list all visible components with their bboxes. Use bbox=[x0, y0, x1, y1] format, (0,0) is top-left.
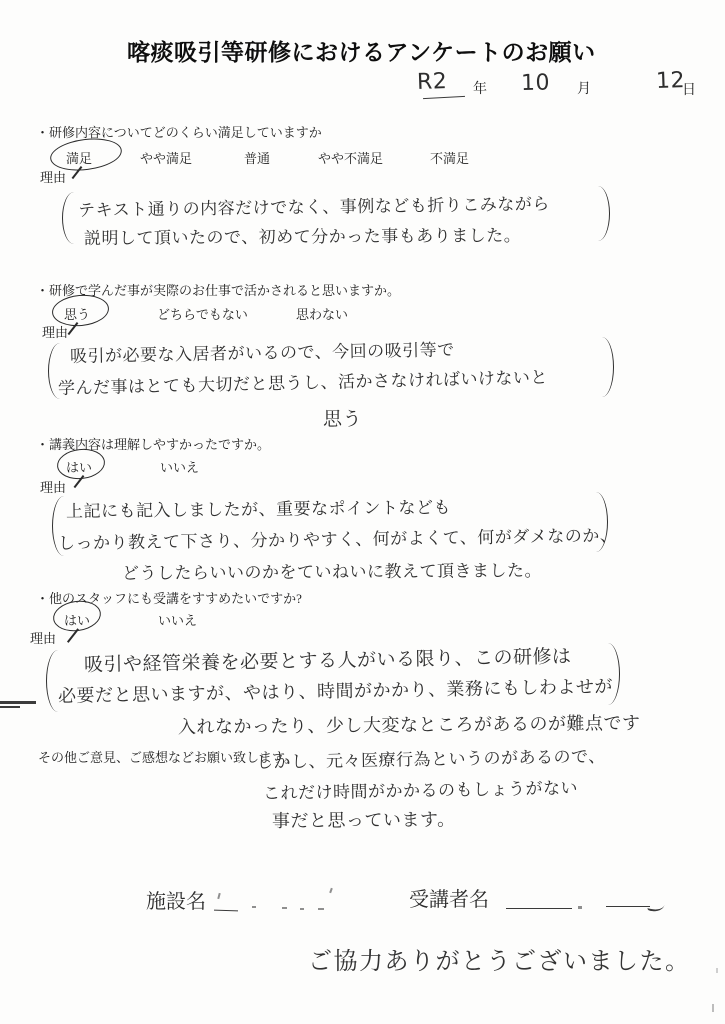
q4-answer-bracket-right bbox=[608, 643, 620, 705]
date-year-value: R2 bbox=[417, 69, 448, 95]
q2-option-omowanai: 思わない bbox=[296, 304, 348, 323]
attendee-name-label: 受講者名 bbox=[409, 883, 489, 912]
q4-option-iie: いいえ bbox=[158, 610, 197, 629]
date-year-label: 年 bbox=[473, 78, 487, 98]
date-month-label: 月 bbox=[577, 78, 591, 98]
scan-artifact-dash bbox=[0, 701, 36, 704]
q2-reason-label: 理由 bbox=[42, 322, 68, 341]
attendee-name-line-1 bbox=[506, 908, 572, 909]
q1-reason-label: 理由 bbox=[40, 167, 66, 186]
q3-reason-label: 理由 bbox=[40, 477, 66, 496]
scan-speck bbox=[716, 968, 718, 973]
facility-name-label: 施設名 bbox=[146, 885, 206, 914]
smudge bbox=[578, 906, 582, 909]
q2-answer-line-1: 吸引が必要な入居者がいるので、今回の吸引等で bbox=[70, 335, 455, 367]
q1-answer-bracket-left bbox=[62, 192, 74, 244]
q1-answer-line-2: 説明して頂いたので、初めて分かった事もありました。 bbox=[84, 221, 521, 249]
date-day-label: 日 bbox=[682, 79, 696, 99]
q1-option-yaya-fumanzoku: やや不満足 bbox=[318, 148, 383, 167]
q4-answer-line-1: 吸引や経管栄養を必要とする人がいる限り、この研修は bbox=[84, 641, 572, 677]
facility-name-line bbox=[214, 910, 238, 912]
q3-answer-line-3: どうしたらいいのかをていねいに教えて頂きました。 bbox=[122, 556, 542, 584]
questionnaire-scan: 喀痰吸引等研修におけるアンケートのお願い R2 年 10 月 12 日 ・研修内… bbox=[0, 0, 725, 1024]
q4-answer-line-2: 必要だと思いますが、やはり、時間がかかり、業務にもしわよせが bbox=[58, 672, 613, 708]
scan-artifact-dash-2 bbox=[0, 706, 20, 708]
smudge bbox=[329, 888, 333, 893]
q2-answer-bracket-right bbox=[602, 337, 614, 397]
date-year-underline bbox=[423, 96, 465, 99]
attendee-line-curl bbox=[647, 899, 665, 913]
q3-answer-line-2: しっかり教えて下さり、分かりやすく、何がよくて、何がダメなのか、 bbox=[58, 521, 618, 554]
q2-answer-line-2: 学んだ事はとても大切だと思うし、活かさなければいけないと bbox=[58, 363, 548, 399]
smudge bbox=[300, 908, 304, 910]
q2-option-dochirademonai: どちらでもない bbox=[157, 304, 248, 323]
q2-answer-line-3: 思う bbox=[323, 404, 362, 431]
q1-option-yaya-manzoku: やや満足 bbox=[140, 148, 192, 167]
other-comments-line-1: しかし、元々医療行為というのがあるので、 bbox=[256, 742, 606, 773]
q1-option-futsuu: 普通 bbox=[244, 148, 270, 167]
smudge bbox=[282, 907, 287, 909]
attendee-name-line-2 bbox=[606, 906, 650, 907]
q4-answer-bracket-left bbox=[46, 650, 58, 712]
scan-speck bbox=[712, 1004, 714, 1012]
other-comments-line-2: これだけ時間がかかるのもしょうがない bbox=[263, 774, 578, 804]
smudge bbox=[318, 908, 324, 910]
q4-reason-label: 理由 bbox=[30, 628, 56, 647]
question-1-text: ・研修内容についてどのくらい満足していますか bbox=[36, 122, 322, 141]
q4-answer-line-3: 入れなかったり、少し大変なところがあるのが難点です bbox=[178, 709, 641, 739]
smudge bbox=[217, 893, 220, 899]
closing-message: ご協力ありがとうございました。 bbox=[308, 941, 691, 976]
date-day-value: 12 bbox=[656, 68, 686, 94]
date-month-value: 10 bbox=[521, 70, 550, 96]
q1-answer-line-1: テキスト通りの内容だけでなく、事例なども折りこみながら bbox=[78, 189, 550, 221]
q1-answer-bracket-right bbox=[598, 186, 610, 241]
q3-option-iie: いいえ bbox=[160, 457, 199, 476]
q1-option-fumanzoku: 不満足 bbox=[430, 148, 469, 167]
q3-answer-line-1: 上記にも記入しましたが、重要なポイントなども bbox=[66, 493, 451, 522]
smudge bbox=[252, 906, 256, 908]
other-comments-line-3: 事だと思っています。 bbox=[272, 805, 456, 833]
page-title: 喀痰吸引等研修におけるアンケートのお願い bbox=[127, 34, 596, 67]
